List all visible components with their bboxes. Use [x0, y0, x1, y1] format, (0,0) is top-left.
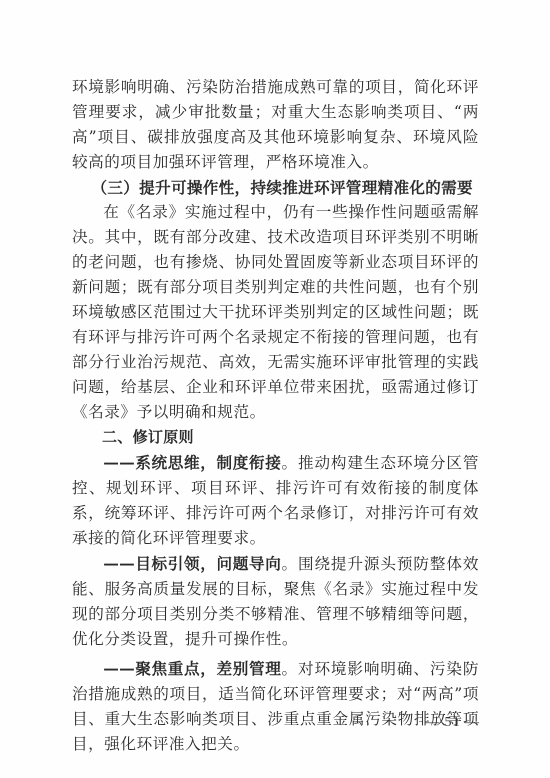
principle-1: ——系统思维，制度衔接。推动构建生态环境分区管控、规划环评、项目环评、排污许可有… [72, 450, 479, 551]
section-heading-revision-principles: 二、修订原则 [72, 425, 479, 450]
continuation-paragraph: 环境影响明确、污染防治措施成熟可靠的项目，简化环评管理要求，减少审批数量；对重大… [72, 75, 479, 175]
document-page: 环境影响明确、污染防治措施成熟可靠的项目，简化环评管理要求，减少审批数量；对重大… [0, 0, 550, 778]
principle-2: ——目标引领，问题导向。围绕提升源头预防整体效能、服务高质量发展的目标，聚焦《名… [72, 551, 479, 652]
principle-2-lead: ——目标引领，问题导向 [103, 554, 281, 573]
page-number: — 51 — [420, 712, 480, 734]
body-text: 环境影响明确、污染防治措施成熟可靠的项目，简化环评管理要求，减少审批数量；对重大… [72, 75, 479, 757]
principle-1-lead: ——系统思维，制度衔接 [103, 453, 281, 472]
principle-3-lead: ——聚焦重点，差别管理 [103, 659, 281, 678]
paragraph-3: 在《名录》实施过程中，仍有一些操作性问题亟需解决。其中，既有部分改建、技术改造项… [72, 200, 479, 425]
subheading-3: （三）提升可操作性，持续推进环评管理精准化的需要 [72, 175, 479, 200]
principle-3: ——聚焦重点，差别管理。对环境影响明确、污染防治措施成熟的项目，适当简化环评管理… [72, 656, 479, 757]
